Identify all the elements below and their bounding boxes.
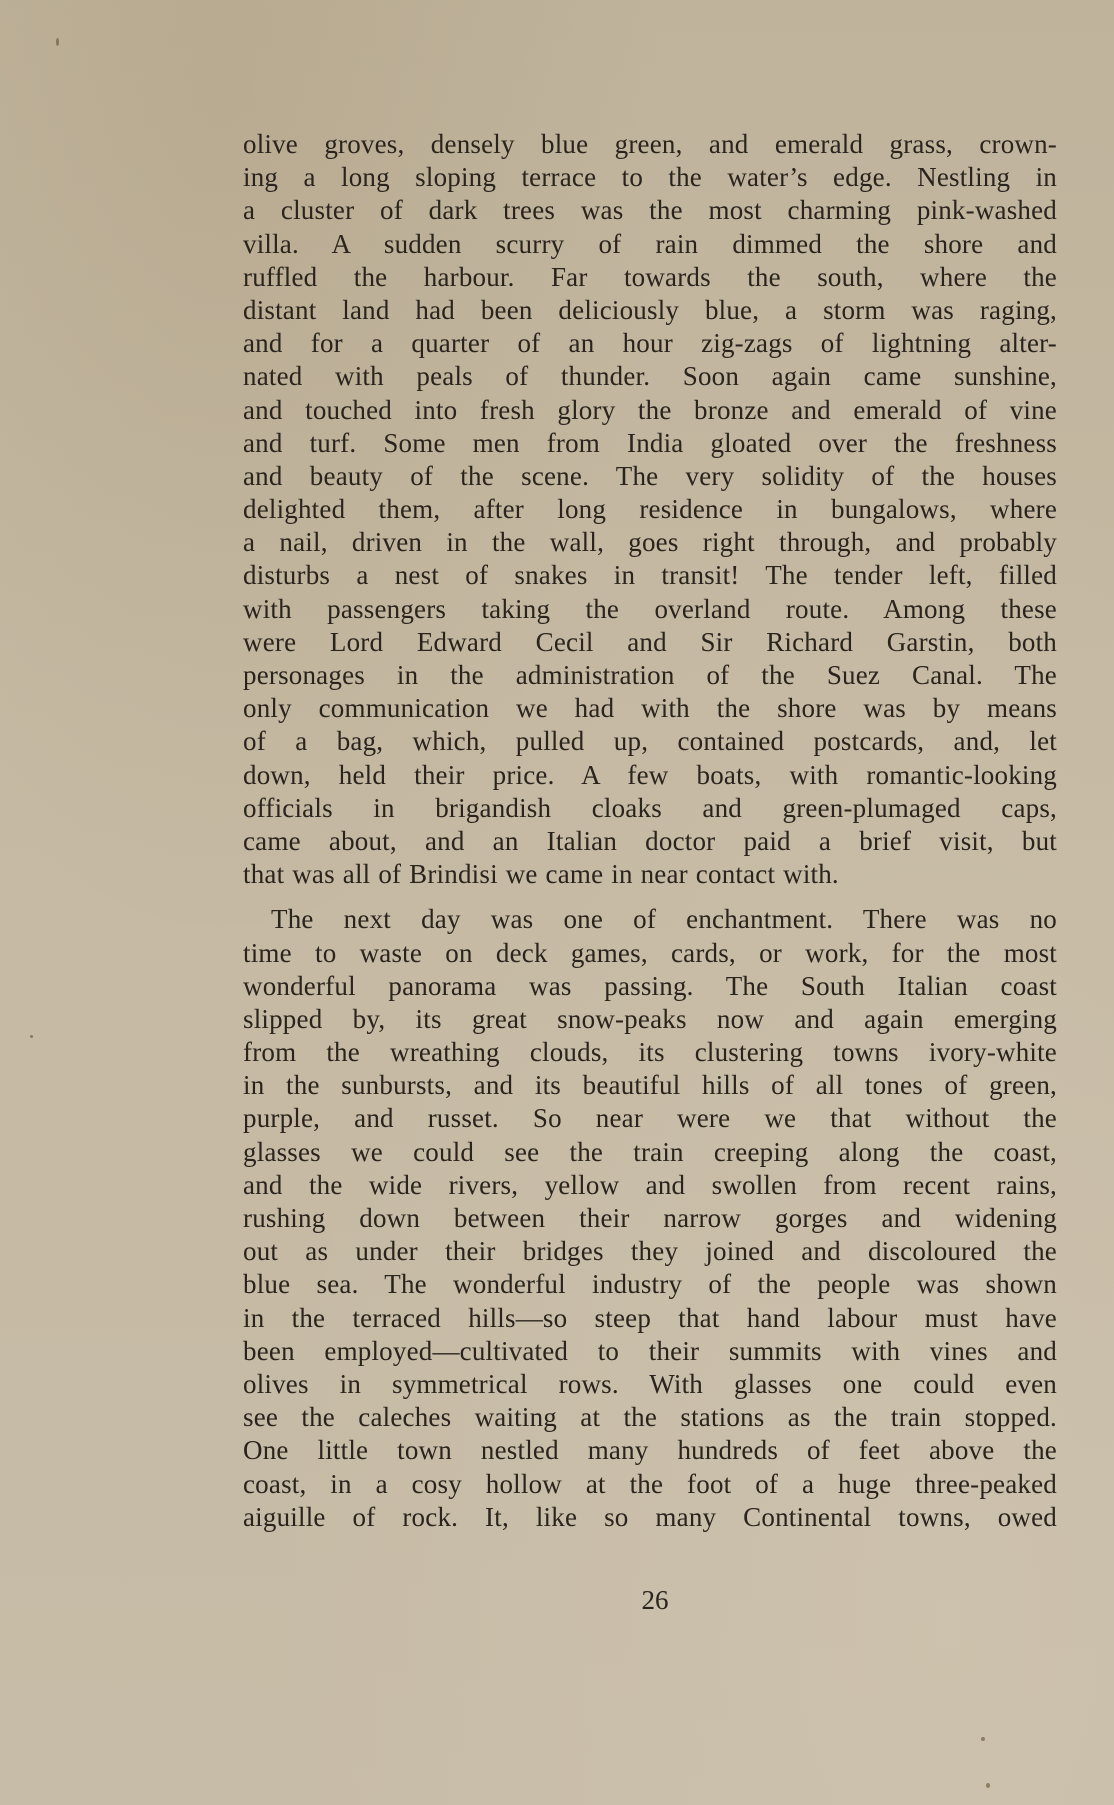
- text-line: aiguille of rock. It, like so many Conti…: [243, 1501, 1057, 1534]
- text-line: a nail, driven in the wall, goes right t…: [243, 526, 1057, 559]
- text-line: see the caleches waiting at the stations…: [243, 1401, 1057, 1434]
- text-line: ruffled the harbour. Far towards the sou…: [243, 261, 1057, 294]
- text-line: blue sea. The wonderful industry of the …: [243, 1268, 1057, 1301]
- text-line: slipped by, its great snow-peaks now and…: [243, 1003, 1057, 1036]
- text-line: glasses we could see the train creeping …: [243, 1136, 1057, 1169]
- text-line: time to waste on deck games, cards, or w…: [243, 937, 1057, 970]
- text-line: personages in the administration of the …: [243, 659, 1057, 692]
- text-line: purple, and russet. So near were we that…: [243, 1102, 1057, 1135]
- text-line: and for a quarter of an hour zig-zags of…: [243, 327, 1057, 360]
- paragraph-2: The next day was one of enchantment. The…: [243, 903, 1057, 1534]
- text-line: that was all of Brindisi we came in near…: [243, 858, 1057, 891]
- text-line: disturbs a nest of snakes in transit! Th…: [243, 559, 1057, 592]
- text-line: a cluster of dark trees was the most cha…: [243, 194, 1057, 227]
- text-line: and turf. Some men from India gloated ov…: [243, 427, 1057, 460]
- book-page: olive groves, densely blue green, and em…: [0, 0, 1114, 1805]
- text-line: of a bag, which, pulled up, contained po…: [243, 725, 1057, 758]
- text-line: with passengers taking the overland rout…: [243, 593, 1057, 626]
- text-line: out as under their bridges they joined a…: [243, 1235, 1057, 1268]
- text-line: came about, and an Italian doctor paid a…: [243, 825, 1057, 858]
- paper-speck: [981, 1737, 985, 1741]
- text-line: and the wide rivers, yellow and swollen …: [243, 1169, 1057, 1202]
- page-number: 26: [620, 1585, 690, 1616]
- paragraph-spacing: [243, 891, 1057, 903]
- text-line: been employed—cultivated to their summit…: [243, 1335, 1057, 1368]
- text-line: villa. A sudden scurry of rain dimmed th…: [243, 228, 1057, 261]
- text-line: were Lord Edward Cecil and Sir Richard G…: [243, 626, 1057, 659]
- text-line: wonderful panorama was passing. The Sout…: [243, 970, 1057, 1003]
- text-line: down, held their price. A few boats, wit…: [243, 759, 1057, 792]
- text-line: rushing down between their narrow gorges…: [243, 1202, 1057, 1235]
- text-line: nated with peals of thunder. Soon again …: [243, 360, 1057, 393]
- text-line: in the sunbursts, and its beautiful hill…: [243, 1069, 1057, 1102]
- text-line: The next day was one of enchantment. The…: [243, 903, 1057, 936]
- paper-speck: [30, 1035, 33, 1038]
- text-line: and beauty of the scene. The very solidi…: [243, 460, 1057, 493]
- body-text: olive groves, densely blue green, and em…: [243, 128, 1057, 1534]
- text-line: only communication we had with the shore…: [243, 692, 1057, 725]
- text-line: distant land had been deliciously blue, …: [243, 294, 1057, 327]
- text-line: coast, in a cosy hollow at the foot of a…: [243, 1468, 1057, 1501]
- text-line: from the wreathing clouds, its clusterin…: [243, 1036, 1057, 1069]
- paper-speck: [986, 1783, 990, 1788]
- text-line: olives in symmetrical rows. With glasses…: [243, 1368, 1057, 1401]
- text-line: delighted them, after long residence in …: [243, 493, 1057, 526]
- text-line: officials in brigandish cloaks and green…: [243, 792, 1057, 825]
- paragraph-1: olive groves, densely blue green, and em…: [243, 128, 1057, 891]
- text-line: and touched into fresh glory the bronze …: [243, 394, 1057, 427]
- text-line: olive groves, densely blue green, and em…: [243, 128, 1057, 161]
- text-line: ing a long sloping terrace to the water’…: [243, 161, 1057, 194]
- text-line: in the terraced hills—so steep that hand…: [243, 1302, 1057, 1335]
- text-line: One little town nestled many hundreds of…: [243, 1434, 1057, 1467]
- paper-speck: [56, 38, 59, 46]
